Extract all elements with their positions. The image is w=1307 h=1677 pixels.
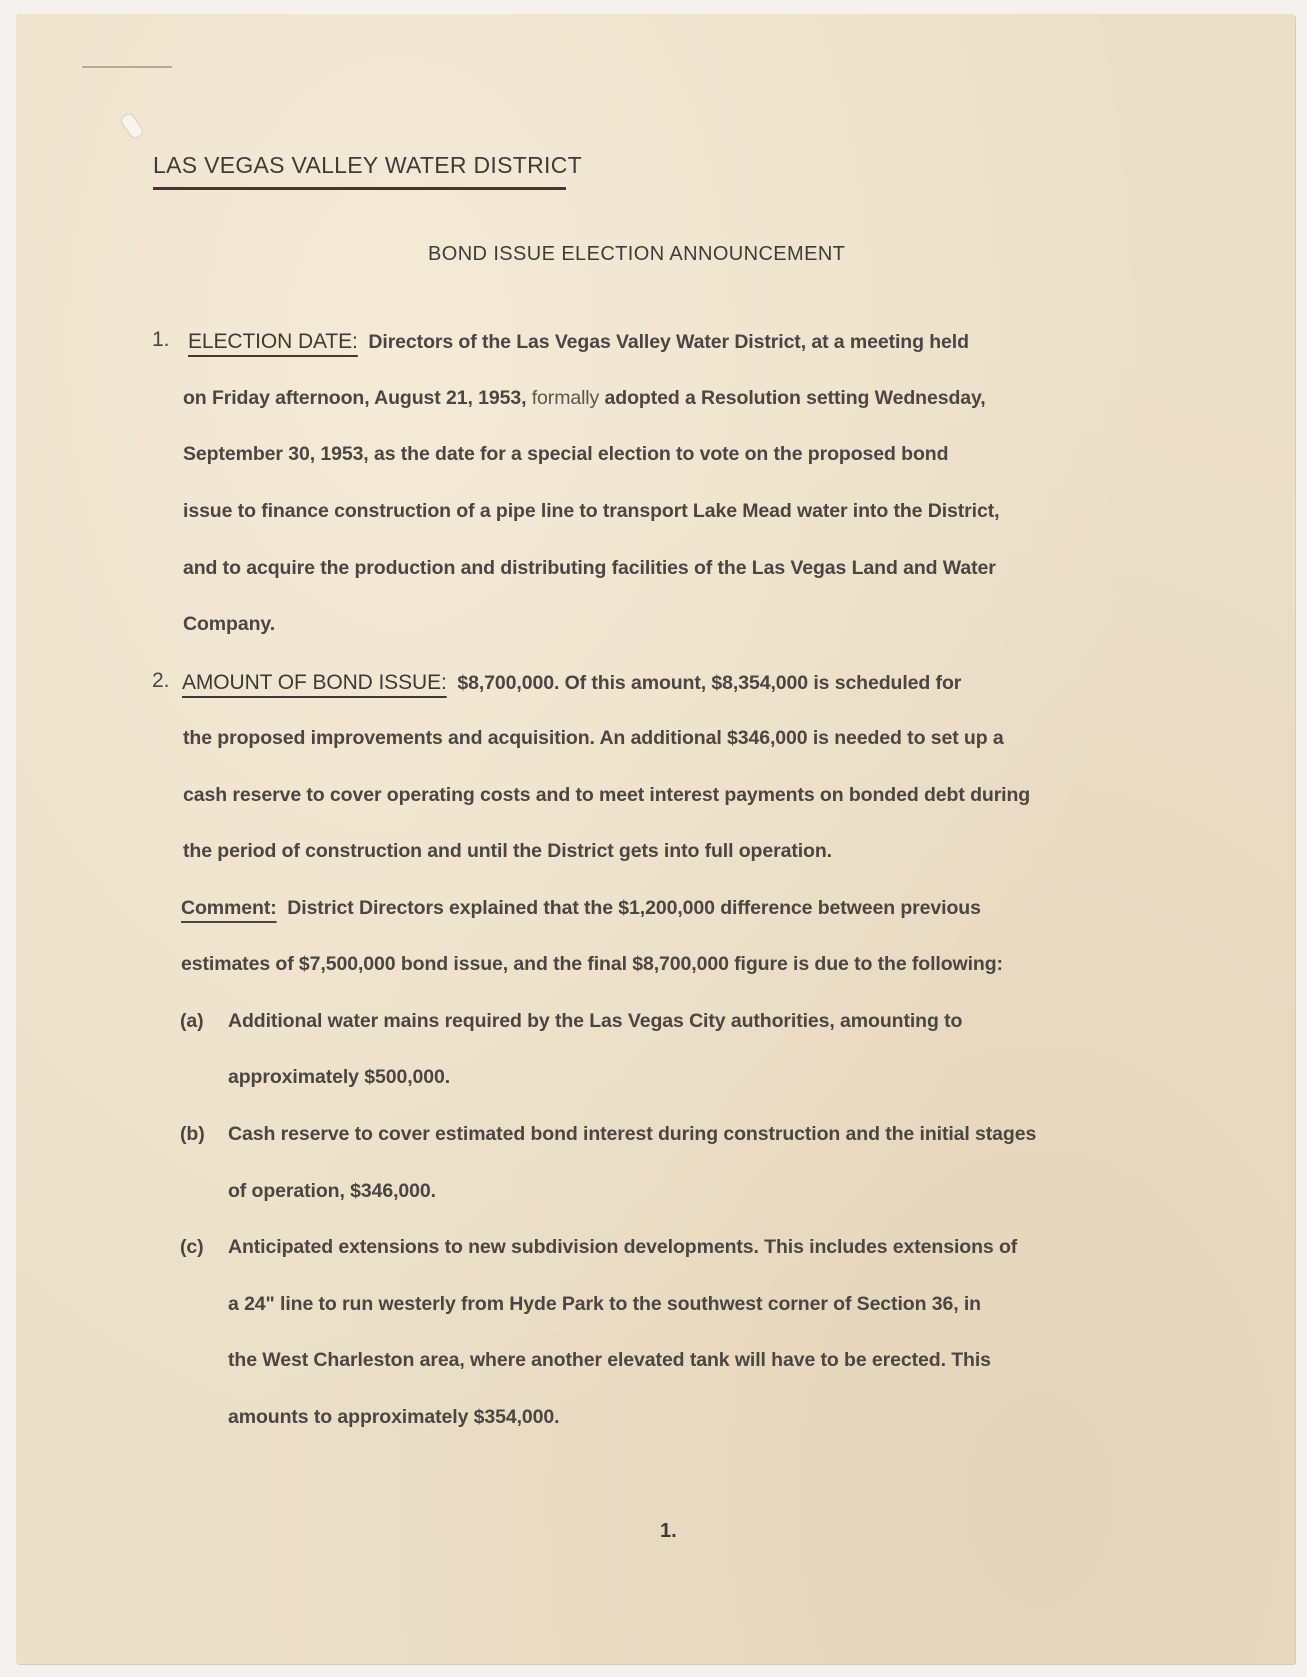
text-fragment: District Directors explained that the $1… bbox=[287, 897, 981, 919]
item-c-line-1: Anticipated extensions to new subdivisio… bbox=[228, 1236, 1017, 1259]
item-b-line-1: Cash reserve to cover estimated bond int… bbox=[228, 1123, 1036, 1146]
section-1-line-6: Company. bbox=[183, 613, 275, 636]
text-fragment: on Friday afternoon, August 21, 1953, bbox=[183, 387, 526, 409]
section-1-text: Directors of the Las Vegas Valley Water … bbox=[368, 331, 969, 353]
section-1-line-2: on Friday afternoon, August 21, 1953, fo… bbox=[183, 387, 986, 410]
section-2-line-2: the proposed improvements and acquisitio… bbox=[183, 727, 1004, 750]
item-b-line-2: of operation, $346,000. bbox=[228, 1180, 436, 1203]
section-1-heading: ELECTION DATE: bbox=[188, 330, 358, 353]
item-c-line-2: a 24" line to run westerly from Hyde Par… bbox=[228, 1293, 981, 1316]
item-a-marker: (a) bbox=[180, 1010, 204, 1033]
item-c-line-4: amounts to approximately $354,000. bbox=[228, 1406, 559, 1429]
section-2-heading: AMOUNT OF BOND ISSUE: bbox=[182, 671, 447, 694]
document-title: BOND ISSUE ELECTION ANNOUNCEMENT bbox=[428, 243, 845, 266]
section-1-line-3: September 30, 1953, as the date for a sp… bbox=[183, 443, 948, 466]
comment-line-2: estimates of $7,500,000 bond issue, and … bbox=[181, 953, 1003, 976]
text-fragment: $8,700,000. Of this amount, $8,354,000 i… bbox=[457, 672, 961, 694]
item-b-marker: (b) bbox=[180, 1123, 205, 1146]
page-number: 1. bbox=[660, 1520, 677, 1543]
organization-name: LAS VEGAS VALLEY WATER DISTRICT bbox=[153, 152, 582, 179]
item-a-line-1: Additional water mains required by the L… bbox=[228, 1010, 962, 1033]
item-c-marker: (c) bbox=[180, 1236, 204, 1259]
comment-label: Comment: bbox=[181, 897, 277, 919]
section-2-line-1: AMOUNT OF BOND ISSUE: $8,700,000. Of thi… bbox=[182, 671, 961, 695]
item-c-line-3: the West Charleston area, where another … bbox=[228, 1349, 991, 1372]
section-2-line-4: the period of construction and until the… bbox=[183, 840, 832, 863]
organization-underline bbox=[153, 187, 566, 190]
staple-mark bbox=[82, 66, 172, 74]
section-2-number: 2. bbox=[152, 669, 170, 693]
text-fragment: adopted a Resolution setting Wednesday, bbox=[605, 387, 986, 409]
section-1-line-5: and to acquire the production and distri… bbox=[183, 557, 996, 580]
section-2-line-3: cash reserve to cover operating costs an… bbox=[183, 784, 1030, 807]
section-1-number: 1. bbox=[152, 328, 170, 352]
comment-line-1: Comment: District Directors explained th… bbox=[181, 897, 981, 920]
item-a-line-2: approximately $500,000. bbox=[228, 1066, 450, 1089]
text-fragment-typed: formally bbox=[532, 387, 599, 409]
section-1-line-4: issue to finance construction of a pipe … bbox=[183, 500, 999, 523]
section-1-line-1: ELECTION DATE: Directors of the Las Vega… bbox=[188, 330, 969, 354]
